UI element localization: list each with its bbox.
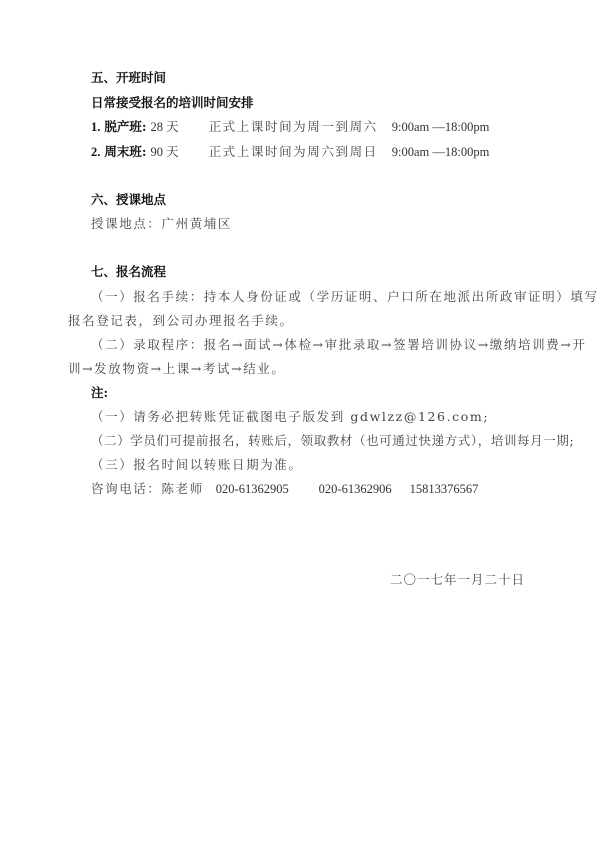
step1-line1: （一）报名手续：持本人身份证或（学历证明、户口所在地派出所政审证明）填写	[91, 289, 599, 305]
note-item-1: （一）请务必把转账凭证截图电子版发到 gdwlzz@126.com;	[91, 409, 489, 425]
note-item-3: （三）报名时间以转账日期为准。	[91, 457, 303, 473]
contact-phone-1: 020-61362905	[216, 482, 289, 496]
note-item-2: （二）学员们可提前报名，转账后，领取教材（也可通过快递方式），培训每月一期;	[91, 433, 574, 449]
class-index: 2.	[91, 145, 100, 159]
class-schedule: 正式上课时间为周六到周日	[209, 144, 378, 159]
section6-heading: 六、授课地点	[91, 192, 166, 208]
class-time: 9:00am —18:00pm	[392, 120, 490, 134]
class-row-1: 1. 脱产班: 28 天 正式上课时间为周一到周六 9:00am —18:00p…	[91, 119, 489, 135]
contact-label: 咨询电话：陈老师	[91, 481, 204, 496]
contact-phone-3: 15813376567	[410, 482, 479, 496]
step2-line1: （二）录取程序：报名→面试→体检→审批录取→签署培训协议→缴纳培训费→开	[91, 337, 586, 353]
step1-line2: 报名登记表，到公司办理报名手续。	[68, 313, 294, 329]
contact-row: 咨询电话：陈老师 020-61362905 020-61362906 15813…	[91, 481, 478, 497]
document-date: 二〇一七年一月二十日	[390, 572, 525, 588]
section7-heading: 七、报名流程	[91, 264, 166, 280]
class-index: 1.	[91, 120, 100, 134]
class-name: 周末班:	[104, 144, 146, 159]
section5-heading: 五、开班时间	[91, 70, 166, 86]
class-row-2: 2. 周末班: 90 天 正式上课时间为周六到周日 9:00am —18:00p…	[91, 144, 489, 160]
location-text: 授课地点：广州黄埔区	[91, 216, 232, 232]
class-days: 90 天	[150, 145, 178, 159]
class-name: 脱产班:	[104, 119, 146, 134]
step2-line2: 训→发放物资→上课→考试→结业。	[68, 361, 286, 377]
class-schedule: 正式上课时间为周一到周六	[209, 119, 378, 134]
notes-label: 注:	[91, 385, 108, 401]
class-days: 28 天	[150, 120, 178, 134]
section5-subheading: 日常接受报名的培训时间安排	[91, 95, 254, 111]
class-time: 9:00am —18:00pm	[392, 145, 490, 159]
contact-phone-2: 020-61362906	[319, 482, 392, 496]
